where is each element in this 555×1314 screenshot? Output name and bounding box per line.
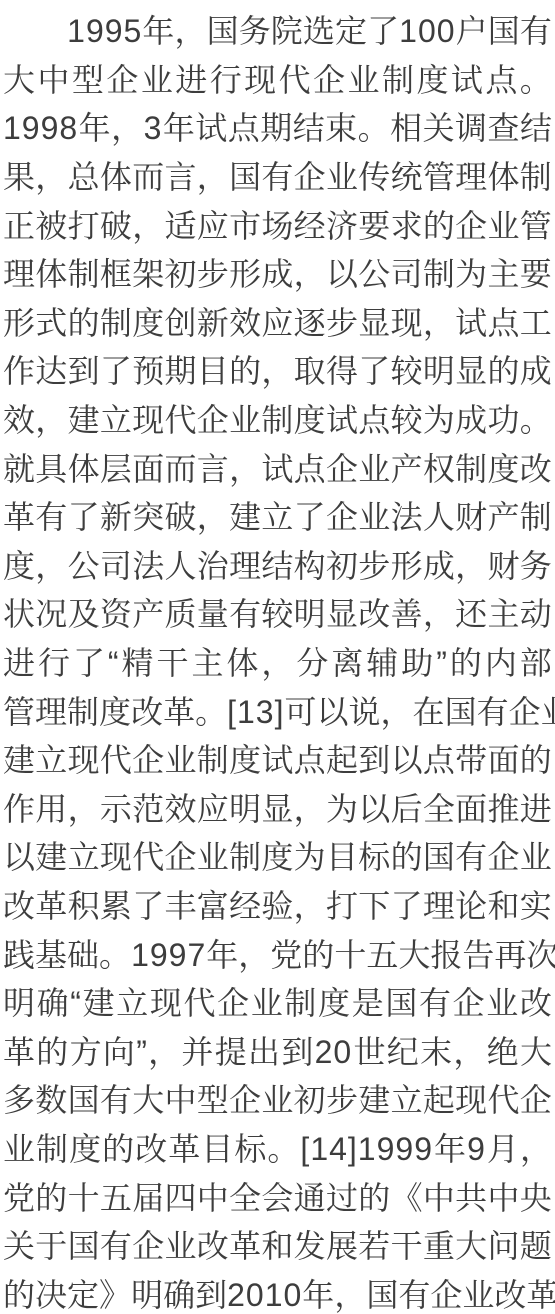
text-token: 现 bbox=[68, 744, 100, 776]
text-token: 提 bbox=[215, 1036, 247, 1068]
text-token: 次 bbox=[526, 939, 555, 971]
text-token: 革 bbox=[3, 501, 35, 533]
text-token: 显 bbox=[358, 307, 390, 339]
text-token: 。 bbox=[99, 939, 131, 971]
text-token: 业 bbox=[348, 64, 380, 96]
text-token: 创 bbox=[164, 307, 196, 339]
text-token: 度 bbox=[487, 453, 519, 485]
text-token: 》 bbox=[99, 1279, 131, 1311]
text-token: 立 bbox=[391, 1084, 423, 1116]
text-token: 代 bbox=[100, 744, 132, 776]
text-token: 基 bbox=[35, 939, 67, 971]
text-token: 功 bbox=[487, 404, 519, 436]
text-token: 中 bbox=[423, 1182, 455, 1214]
text-token: 可 bbox=[284, 696, 316, 728]
text-token: 构 bbox=[294, 550, 326, 582]
text-token: 成 bbox=[261, 258, 293, 290]
text-token: 管 bbox=[520, 210, 552, 242]
text-line: 多数国有大中型企业初步建立起现代企 bbox=[3, 1076, 552, 1125]
text-token: 制 bbox=[423, 258, 455, 290]
text-token: 结 bbox=[261, 550, 293, 582]
text-token: 求 bbox=[391, 210, 423, 242]
text-token: 理 bbox=[455, 161, 487, 193]
text-token: 代 bbox=[132, 841, 164, 873]
text-token: 2010 bbox=[227, 1279, 302, 1311]
text-token: ， bbox=[423, 598, 455, 630]
text-token: 发 bbox=[294, 1230, 326, 1262]
text-token: 通 bbox=[294, 1182, 326, 1214]
text-token: 被 bbox=[35, 210, 67, 242]
text-token: 主 bbox=[487, 258, 519, 290]
text-token: 企 bbox=[106, 64, 138, 96]
text-token: 有 bbox=[419, 987, 451, 1019]
text-token: ， bbox=[453, 1036, 485, 1068]
text-token: 的 bbox=[423, 210, 455, 242]
text-token: 善 bbox=[391, 598, 423, 630]
text-token: 效 bbox=[164, 793, 196, 825]
text-token: 现 bbox=[244, 64, 276, 96]
text-token: 国 bbox=[385, 987, 417, 1019]
text-token: 体 bbox=[487, 161, 519, 193]
text-token: 点 bbox=[294, 453, 326, 485]
text-line: 理体制框架初步形成，以公司制为主要 bbox=[3, 250, 552, 299]
text-token: 有 bbox=[477, 696, 509, 728]
text-token: 效 bbox=[229, 307, 261, 339]
text-token: 试 bbox=[455, 307, 487, 339]
text-token: 。 bbox=[358, 112, 390, 144]
text-token: 和 bbox=[487, 890, 519, 922]
text-token: 分 bbox=[296, 647, 328, 679]
text-token: 主 bbox=[487, 598, 519, 630]
text-line: 形式的制度创新效应逐步显现，试点工 bbox=[3, 299, 552, 348]
text-line: 度，公司法人治理结构初步形成，财务 bbox=[3, 542, 552, 591]
text-token: 体 bbox=[100, 161, 132, 193]
text-token: 度 bbox=[229, 744, 261, 776]
text-token: 面 bbox=[487, 744, 519, 776]
text-token: 作 bbox=[3, 793, 35, 825]
text-token: 以 bbox=[3, 841, 35, 873]
text-token: 初 bbox=[326, 550, 358, 582]
text-line: 正被打破，适应市场经济要求的企业管 bbox=[3, 201, 552, 250]
text-token: 下 bbox=[358, 890, 390, 922]
text-token: 了 bbox=[68, 501, 100, 533]
text-token: 进 bbox=[520, 793, 552, 825]
text-token: 体 bbox=[226, 647, 258, 679]
text-token: 量 bbox=[197, 598, 229, 630]
text-token: 的 bbox=[391, 841, 423, 873]
text-token: 业 bbox=[487, 210, 519, 242]
text-token: 国 bbox=[366, 1279, 398, 1311]
text-token: 年 bbox=[302, 1279, 334, 1311]
text-token: 初 bbox=[164, 258, 196, 290]
text-token: 院 bbox=[271, 15, 303, 47]
text-token: 数 bbox=[35, 1084, 67, 1116]
text-token: ， bbox=[175, 15, 207, 47]
text-token: 成 bbox=[520, 355, 552, 387]
text-token: 部 bbox=[520, 647, 552, 679]
text-token: 人 bbox=[423, 501, 455, 533]
text-token: 场 bbox=[261, 210, 293, 242]
text-line: 状况及资产质量有较明显改善，还主动 bbox=[3, 590, 552, 639]
text-token: 在 bbox=[413, 696, 445, 728]
text-token: 业 bbox=[326, 161, 358, 193]
text-token: 五 bbox=[100, 1182, 132, 1214]
text-token: 大 bbox=[455, 1230, 487, 1262]
text-token: 到 bbox=[358, 744, 390, 776]
text-token: 传 bbox=[358, 161, 390, 193]
text-line: 就具体层面而言，试点企业产权制度改 bbox=[3, 444, 552, 493]
text-token: 破 bbox=[100, 210, 132, 242]
text-token: 点 bbox=[228, 112, 260, 144]
text-token: 改 bbox=[520, 987, 552, 1019]
text-line: 建立现代企业制度试点起到以点带面的 bbox=[3, 736, 552, 785]
text-token: 企 bbox=[217, 987, 249, 1019]
text-token: 年 bbox=[142, 15, 174, 47]
text-token: 度 bbox=[132, 307, 164, 339]
text-token: ， bbox=[423, 307, 455, 339]
text-token: 务 bbox=[239, 15, 271, 47]
text-token: “ bbox=[108, 647, 119, 679]
text-token: 试 bbox=[326, 404, 358, 436]
text-token: 选 bbox=[303, 15, 335, 47]
text-token: 点 bbox=[294, 744, 326, 776]
text-token: 显 bbox=[261, 793, 293, 825]
text-token: 。 bbox=[520, 404, 552, 436]
text-line: 效，建立现代企业制度试点较为成功。 bbox=[3, 396, 552, 445]
text-token: 财 bbox=[487, 550, 519, 582]
text-token: 关 bbox=[423, 112, 455, 144]
text-token: 十 bbox=[68, 1182, 100, 1214]
text-token: 有 bbox=[35, 501, 67, 533]
text-token: 显 bbox=[455, 355, 487, 387]
text-token: 层 bbox=[100, 453, 132, 485]
text-line: 党的十五届四中全会通过的《中共中央 bbox=[3, 1173, 552, 1222]
text-token: ， bbox=[197, 161, 229, 193]
text-token: 产 bbox=[132, 598, 164, 630]
text-token: 有 bbox=[261, 161, 293, 193]
text-token: 有 bbox=[100, 1230, 132, 1262]
text-token: 改 bbox=[197, 1230, 229, 1262]
text-token: 并 bbox=[181, 1036, 213, 1068]
text-token: 打 bbox=[68, 210, 100, 242]
text-token: 。 bbox=[520, 64, 552, 96]
text-token: 管 bbox=[423, 161, 455, 193]
text-token: 点 bbox=[487, 307, 519, 339]
text-token: 度 bbox=[99, 696, 131, 728]
text-token: 型 bbox=[197, 1084, 229, 1116]
text-token: 关 bbox=[3, 1230, 35, 1262]
text-token: 革 bbox=[168, 1133, 200, 1165]
text-token: 统 bbox=[391, 161, 423, 193]
text-token: 了 bbox=[73, 647, 105, 679]
text-token: 中 bbox=[164, 1084, 196, 1116]
text-token: 大 bbox=[3, 64, 35, 96]
text-token: 制 bbox=[261, 404, 293, 436]
text-token: 形 bbox=[3, 307, 35, 339]
text-token: 业 bbox=[251, 987, 283, 1019]
text-token: ， bbox=[261, 647, 293, 679]
text-token: 度 bbox=[294, 404, 326, 436]
text-token: 代 bbox=[183, 987, 215, 1019]
text-token: 年 bbox=[163, 112, 195, 144]
text-token: 束 bbox=[325, 112, 357, 144]
text-token: 十 bbox=[334, 939, 366, 971]
document-page: 1995年，国务院选定了100户国有大中型企业进行现代企业制度试点。1998年，… bbox=[0, 0, 555, 1314]
text-token: 干 bbox=[156, 647, 188, 679]
text-token: ， bbox=[381, 696, 413, 728]
text-token: 财 bbox=[455, 501, 487, 533]
text-token: 点 bbox=[423, 744, 455, 776]
text-token: 较 bbox=[391, 404, 423, 436]
text-token: 权 bbox=[423, 453, 455, 485]
text-token: 主 bbox=[191, 647, 223, 679]
text-token: 业 bbox=[197, 841, 229, 873]
text-token: 的 bbox=[358, 1182, 390, 1214]
text-token: 了 bbox=[100, 355, 132, 387]
text-token: 初 bbox=[294, 1084, 326, 1116]
text-token: 度 bbox=[69, 1133, 101, 1165]
text-token: 应 bbox=[197, 793, 229, 825]
text-token: 步 bbox=[326, 1084, 358, 1116]
text-token: ” bbox=[436, 647, 447, 679]
text-token: 建 bbox=[3, 744, 35, 776]
text-token: 国 bbox=[488, 15, 520, 47]
text-token: 业 bbox=[358, 453, 390, 485]
text-token: 企 bbox=[430, 1279, 462, 1311]
text-token: ” bbox=[136, 1036, 147, 1068]
text-token: 年 bbox=[79, 112, 111, 144]
text-token: 企 bbox=[326, 501, 358, 533]
text-token: 推 bbox=[487, 793, 519, 825]
text-token: 代 bbox=[487, 1084, 519, 1116]
text-token: 党 bbox=[270, 939, 302, 971]
text-token: 企 bbox=[453, 987, 485, 1019]
text-token: 有 bbox=[455, 841, 487, 873]
text-token: 有 bbox=[229, 598, 261, 630]
text-token: 定 bbox=[67, 1279, 99, 1311]
text-token: 现 bbox=[391, 307, 423, 339]
text-token: 了 bbox=[358, 355, 390, 387]
text-line: 果，总体而言，国有企业传统管理体制 bbox=[3, 153, 552, 202]
text-token: ， bbox=[132, 210, 164, 242]
text-lines: 1995年，国务院选定了100户国有大中型企业进行现代企业制度试点。1998年，… bbox=[3, 7, 552, 1314]
text-token: 进 bbox=[175, 64, 207, 96]
text-token: 期 bbox=[260, 112, 292, 144]
text-token: 果 bbox=[3, 161, 35, 193]
text-token: 资 bbox=[100, 598, 132, 630]
text-token: 打 bbox=[326, 890, 358, 922]
text-token: 业 bbox=[462, 1279, 494, 1311]
text-token: 9 bbox=[467, 1133, 486, 1165]
text-token: 的 bbox=[68, 307, 100, 339]
text-token: 和 bbox=[261, 1230, 293, 1262]
text-token: 标 bbox=[234, 1133, 266, 1165]
text-token: 带 bbox=[455, 744, 487, 776]
text-token: 20 bbox=[315, 1036, 353, 1068]
text-line: 的决定》明确到2010年，国有企业改革 bbox=[3, 1270, 552, 1314]
text-token: 得 bbox=[326, 355, 358, 387]
text-token: 企 bbox=[132, 1230, 164, 1262]
text-line: 作用，示范效应明显，为以后全面推进 bbox=[3, 785, 552, 834]
text-token: 制 bbox=[67, 696, 99, 728]
text-token: 大 bbox=[398, 939, 430, 971]
text-token: 国 bbox=[229, 161, 261, 193]
text-token: ， bbox=[148, 1036, 180, 1068]
text-line: 作达到了预期目的，取得了较明显的成 bbox=[3, 347, 552, 396]
text-token: 预 bbox=[132, 355, 164, 387]
text-token: 理 bbox=[423, 890, 455, 922]
text-token: 突 bbox=[132, 501, 164, 533]
text-token: 用 bbox=[35, 793, 67, 825]
text-token: 而 bbox=[132, 161, 164, 193]
text-token: 央 bbox=[520, 1182, 552, 1214]
text-token: 立 bbox=[35, 744, 67, 776]
text-token: 方 bbox=[70, 1036, 102, 1068]
text-token: 定 bbox=[335, 15, 367, 47]
text-token: 度 bbox=[416, 64, 448, 96]
text-token: 中 bbox=[37, 64, 69, 96]
text-token: 大 bbox=[132, 1084, 164, 1116]
text-token: 革 bbox=[526, 1279, 555, 1311]
text-line: 革有了新突破，建立了企业法人财产制 bbox=[3, 493, 552, 542]
text-token: 现 bbox=[132, 404, 164, 436]
text-token: 体 bbox=[68, 453, 100, 485]
text-token: 要 bbox=[520, 258, 552, 290]
text-token: 逐 bbox=[294, 307, 326, 339]
text-token: 世 bbox=[353, 1036, 385, 1068]
text-token: 起 bbox=[326, 744, 358, 776]
text-token: 业 bbox=[261, 1084, 293, 1116]
text-token: 目 bbox=[201, 1133, 233, 1165]
text-token: 确 bbox=[163, 1279, 195, 1311]
text-token: 建 bbox=[358, 1084, 390, 1116]
text-token: 1998 bbox=[3, 112, 78, 144]
text-token: 1995 bbox=[67, 15, 142, 47]
text-token: 改 bbox=[131, 696, 163, 728]
text-token: 步 bbox=[358, 550, 390, 582]
text-token: 公 bbox=[68, 550, 100, 582]
text-token: 企 bbox=[313, 64, 345, 96]
text-token: ， bbox=[229, 453, 261, 485]
text-token: 的 bbox=[36, 1036, 68, 1068]
text-token: 中 bbox=[197, 1182, 229, 1214]
text-token: 出 bbox=[248, 1036, 280, 1068]
text-token: 有 bbox=[520, 15, 552, 47]
text-token: 若 bbox=[358, 1230, 390, 1262]
text-token: 业 bbox=[229, 404, 261, 436]
text-token: 面 bbox=[455, 793, 487, 825]
text-token: 《 bbox=[391, 1182, 423, 1214]
text-token: “ bbox=[70, 987, 81, 1019]
text-token: 建 bbox=[229, 501, 261, 533]
text-token: 制 bbox=[520, 501, 552, 533]
text-token: 企 bbox=[132, 744, 164, 776]
text-token: 1997 bbox=[131, 939, 206, 971]
text-token: ， bbox=[334, 1279, 366, 1311]
text-token: 代 bbox=[279, 64, 311, 96]
text-token: 内 bbox=[485, 647, 517, 679]
text-token: 说 bbox=[349, 696, 381, 728]
text-token: ， bbox=[294, 793, 326, 825]
text-token: 济 bbox=[326, 210, 358, 242]
text-token: 行 bbox=[38, 647, 70, 679]
text-token: 离 bbox=[331, 647, 363, 679]
text-token: 告 bbox=[462, 939, 494, 971]
text-token: 业 bbox=[358, 501, 390, 533]
text-token: 明 bbox=[131, 1279, 163, 1311]
text-token: 企 bbox=[487, 841, 519, 873]
text-token: 年 bbox=[206, 939, 238, 971]
text-token: 建 bbox=[68, 404, 100, 436]
text-token: 问 bbox=[487, 1230, 519, 1262]
text-token: 国 bbox=[207, 15, 239, 47]
text-token: 国 bbox=[445, 696, 477, 728]
text-token: 届 bbox=[132, 1182, 164, 1214]
text-token: 党 bbox=[3, 1182, 35, 1214]
text-token: 人 bbox=[164, 550, 196, 582]
text-token: 步 bbox=[197, 258, 229, 290]
text-token: 立 bbox=[261, 501, 293, 533]
text-token: 四 bbox=[164, 1182, 196, 1214]
text-token: 革 bbox=[163, 696, 195, 728]
text-token: 标 bbox=[358, 841, 390, 873]
text-token: 目 bbox=[326, 841, 358, 873]
text-token: 理 bbox=[3, 258, 35, 290]
text-token: 经 bbox=[294, 210, 326, 242]
text-token: 经 bbox=[229, 890, 261, 922]
text-token: 形 bbox=[229, 258, 261, 290]
text-token: 理 bbox=[229, 550, 261, 582]
text-token: 过 bbox=[326, 1182, 358, 1214]
text-token: 司 bbox=[391, 258, 423, 290]
text-token: 以 bbox=[317, 696, 349, 728]
text-token: 结 bbox=[520, 112, 552, 144]
text-token: 制 bbox=[197, 744, 229, 776]
text-token: 面 bbox=[132, 453, 164, 485]
text-token: 业 bbox=[520, 841, 552, 873]
text-token: 国 bbox=[68, 1230, 100, 1262]
text-token: 于 bbox=[35, 1230, 67, 1262]
text-line: 管理制度改革。[13]可以说，在国有企业 bbox=[3, 687, 552, 736]
text-token: ， bbox=[111, 112, 143, 144]
text-token: 动 bbox=[520, 598, 552, 630]
text-token: 大 bbox=[520, 1036, 552, 1068]
text-token: 就 bbox=[3, 453, 35, 485]
text-token: 制 bbox=[520, 161, 552, 193]
text-token: 言 bbox=[197, 453, 229, 485]
text-token: 国 bbox=[68, 1084, 100, 1116]
text-token: 论 bbox=[455, 890, 487, 922]
text-token: 破 bbox=[164, 501, 196, 533]
text-token: 形 bbox=[391, 550, 423, 582]
text-token: 末 bbox=[420, 1036, 452, 1068]
text-token: 显 bbox=[326, 598, 358, 630]
text-token: 五 bbox=[366, 939, 398, 971]
text-token: 制 bbox=[36, 1133, 68, 1165]
text-token: 的 bbox=[3, 1279, 35, 1311]
text-token: 成 bbox=[455, 404, 487, 436]
text-token: 制 bbox=[229, 841, 261, 873]
text-token: 示 bbox=[100, 793, 132, 825]
text-token: 效 bbox=[3, 404, 35, 436]
text-token: 了 bbox=[294, 501, 326, 533]
text-token: [13] bbox=[227, 696, 284, 728]
text-token: 度 bbox=[318, 987, 350, 1019]
text-token: 度 bbox=[261, 841, 293, 873]
text-line: 关于国有企业改革和发展若干重大问题 bbox=[3, 1222, 552, 1271]
text-token: ， bbox=[238, 939, 270, 971]
text-token: 公 bbox=[358, 258, 390, 290]
